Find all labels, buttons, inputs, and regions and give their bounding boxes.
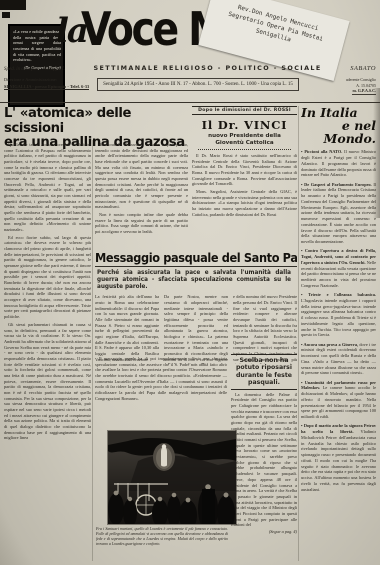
scan-artifact <box>0 0 26 10</box>
article-paragraph: democratiche discussioni in seno a quel … <box>95 142 188 210</box>
atomica-headline: L' «atomica» delle scissioni era una pal… <box>4 107 190 140</box>
article-column: Da parte Nostra, mentre non cessiamo di … <box>164 294 228 364</box>
headline-line: e nel Mondo. <box>301 119 376 145</box>
vinci-kicker: Dopo le dimissioni del Dr. ROSSI <box>192 106 297 115</box>
world-news-column: In Italia e nel Mondo. Piccioni alla NAT… <box>301 106 376 561</box>
article-paragraph: Il messaggio papale ha di poi impudentem… <box>95 356 227 401</box>
header-rule <box>0 102 380 103</box>
weekday-label: SABATO <box>350 65 376 72</box>
right-info-block: aderente Consiglio A. 15.04705 m. G.P.A.… <box>306 77 376 95</box>
right-info-line: aderente Consiglio <box>346 77 376 82</box>
vinci-headline: Il Dr. VINCI <box>192 118 297 132</box>
article-paragraph: La domenica delle Palme il Presidente de… <box>231 392 297 528</box>
issue-row: Direzione e Amministrazione: SENIGALLIA … <box>4 77 376 100</box>
article-column: La festività più alta dell'anno ha avuto… <box>95 294 159 364</box>
photo-illustration <box>108 431 236 524</box>
world-news-headline: In Italia e nel Mondo. <box>301 106 376 145</box>
shipping-note: Sped. in abb. post. - Gruppo I. <box>4 67 65 72</box>
atomica-column-2: democratiche discussioni in seno a quel … <box>95 142 188 244</box>
lourdes-grotto-photo <box>108 431 236 524</box>
papal-message-article: Messaggio pasquale del Santo Padre Perch… <box>95 249 297 364</box>
news-brief-lead: De Gasperi al Parlamento Europeo. <box>301 182 372 187</box>
right-info-line: A. 15.04705 <box>356 83 376 88</box>
continued-note: (Segue a pag. 4) <box>231 529 297 535</box>
news-brief: Piccioni alla NATO. Il nuovo Ministro de… <box>301 149 376 178</box>
news-brief-lead: Trieste e l'alleanza balcanica. <box>301 292 376 297</box>
news-brief-lead: Ancora una prova a Ginevra, <box>301 342 358 347</box>
article-paragraph: Il Dr. Mario Rossi è stato sostituito ne… <box>192 153 297 187</box>
vinci-article: Dopo le dimissioni del Dr. ROSSI Il Dr. … <box>192 106 297 248</box>
scelba-headline: Scelba non ha potuto riposarsi durante l… <box>231 354 297 390</box>
tagline-row: Sped. in abb. post. - Gruppo I. SETTIMAN… <box>4 64 376 72</box>
news-brief: De Gasperi al Parlamento Europeo. Il lea… <box>301 182 376 245</box>
news-brief-lead: Contro l'apertura a destra di Pella, Tog… <box>301 248 376 265</box>
atomica-column-1: Quella che taluni avevano creduto di def… <box>4 142 91 561</box>
news-brief-text: L'Jugoslavia intende migliorare i rappor… <box>301 298 376 338</box>
papal-message-continuation: Il messaggio papale ha di poi impudentem… <box>95 356 227 428</box>
newspaper-front-page: «La vera e nobile grandezza della nostra… <box>0 0 380 565</box>
papal-message-headline: Messaggio pasquale del Santo Padre <box>95 251 297 267</box>
news-brief: Dopo il marito anche la signora Petrov h… <box>301 423 376 492</box>
admin-block: Direzione e Amministrazione: SENIGALLIA … <box>4 77 90 90</box>
news-brief-text: Le camere hanno accolto le dichiarazioni… <box>301 385 376 419</box>
article-paragraph: Quella che taluni avevano creduto di def… <box>4 142 91 233</box>
news-brief: Unanimità del parlamento russo per Malen… <box>301 380 376 420</box>
admin-address: SENIGALLIA - presso Episcopio - Telef. 6… <box>4 84 89 90</box>
headline-line: L' «atomica» delle scissioni <box>4 107 190 136</box>
issue-info-box: Senigallia 24 Aprile 1954 - Anno III N. … <box>97 78 299 91</box>
article-paragraph: Non è nostro compito infine dire quale d… <box>95 212 188 235</box>
right-info-line: m. G.P.A.S.C. <box>352 88 376 95</box>
scan-artifact <box>2 12 10 18</box>
papal-message-subhead: Perché sia assicurata la pace e salvata … <box>97 270 291 291</box>
newspaper-tagline: SETTIMANALE RELIGIOSO - POLITICO - SOCIA… <box>93 64 321 72</box>
admin-line: Direzione e Amministrazione: <box>4 77 57 82</box>
column-rule <box>92 140 93 561</box>
article-paragraph: Ed ecco fiorire subito, sul largo di que… <box>4 235 91 320</box>
news-brief: Ancora una prova a Ginevra, dove i tre m… <box>301 342 376 377</box>
column-rule <box>298 106 299 561</box>
news-brief: Contro l'apertura a destra di Pella, Tog… <box>301 248 376 288</box>
quote-text: «La vera e nobile grandezza della nostra… <box>13 29 61 62</box>
article-paragraph: Mons. Sargolini, Assistente Centrale del… <box>192 189 297 217</box>
vinci-subhead: nuovo Presidente della Gioventù Cattolic… <box>198 133 291 150</box>
news-brief-text: Il leader italiano della Democrazia Cris… <box>301 182 376 245</box>
news-brief-text: dove i tre ministri degli esteri occiden… <box>301 342 376 376</box>
scelba-article: Scelba non ha potuto riposarsi durante l… <box>231 354 297 559</box>
photo-caption: Fra i Santuari mariani, quello di Lourde… <box>96 527 228 559</box>
news-brief-lead: Piccioni alla NATO. <box>301 149 342 154</box>
news-brief-text: Vladimir Michailovich Petrov dell'ambasc… <box>301 429 376 492</box>
news-brief: Trieste e l'alleanza balcanica. L'Jugosl… <box>301 292 376 338</box>
article-paragraph: Gli stessi parlamentari chiamati in caus… <box>4 322 91 441</box>
